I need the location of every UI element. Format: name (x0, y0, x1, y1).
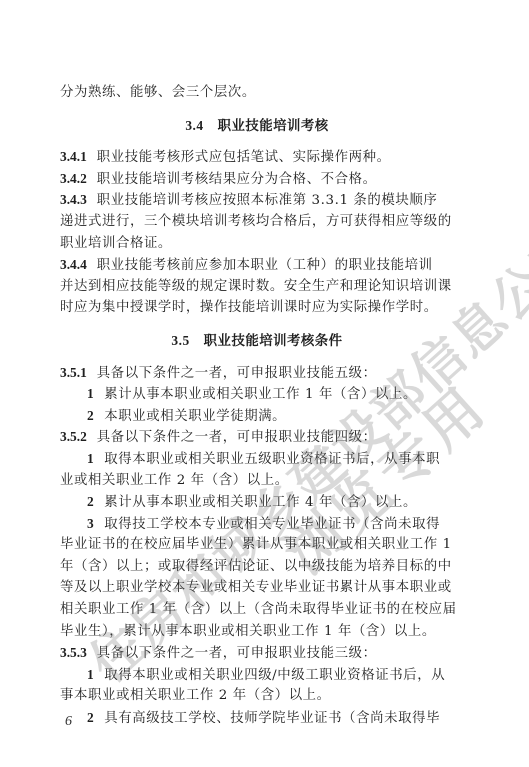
list-item: 2具有高级技工学校、技师学院毕业证书（含尚未取得毕 (60, 707, 454, 729)
list-item: 2本职业或相关职业学徒期满。 (60, 405, 454, 427)
clause-3-5-1: 3.5.1具备以下条件之一者，可申报职业技能五级： 1累计从事本职业或相关职业工… (60, 362, 454, 427)
list-item: 3取得技工学校本专业或相关专业毕业证书（含尚未取得 (60, 513, 454, 535)
section-heading-3-5: 3.5职业技能培训考核条件 (60, 330, 454, 352)
section-number: 3.5 (171, 333, 189, 348)
clause-3-4-3: 3.4.3职业技能培训考核应按照本标准第 3.3.1 条的模块顺序 递进式进行，… (60, 189, 454, 254)
clause-3-4-4: 3.4.4职业技能考核前应参加本职业（工种）的职业技能培训 并达到相应技能等级的… (60, 254, 454, 319)
section-number: 3.4 (185, 118, 203, 133)
page-number: 6 (65, 714, 72, 730)
clause-3-4-1: 3.4.1职业技能考核形式应包括笔试、实际操作两种。 (60, 146, 454, 168)
clause-3-5-3: 3.5.3具备以下条件之一者，可申报职业技能三级： 1取得本职业或相关职业四级/… (60, 642, 454, 728)
list-item: 1累计从事本职业或相关职业工作 1 年（含）以上。 (60, 383, 454, 405)
document-page: 分为熟练、能够、会三个层次。 3.4职业技能培训考核 3.4.1职业技能考核形式… (60, 82, 454, 729)
clause-3-4-2: 3.4.2职业技能培训考核结果应分为合格、不合格。 (60, 168, 454, 190)
clause-3-5-2: 3.5.2具备以下条件之一者，可申报职业技能四级： 1取得本职业或相关职业五级职… (60, 426, 454, 642)
list-item: 1取得本职业或相关职业五级职业资格证书后，从事本职 (60, 448, 454, 470)
section-title: 职业技能培训考核 (218, 119, 329, 134)
intro-line: 分为熟练、能够、会三个层次。 (60, 82, 454, 104)
list-item: 1取得本职业或相关职业四级/中级工职业资格证书后，从 (60, 664, 454, 686)
section-heading-3-4: 3.4职业技能培训考核 (60, 115, 454, 137)
section-title: 职业技能培训考核条件 (204, 334, 343, 349)
list-item: 2累计从事本职业或相关职业工作 4 年（含）以上。 (60, 491, 454, 513)
